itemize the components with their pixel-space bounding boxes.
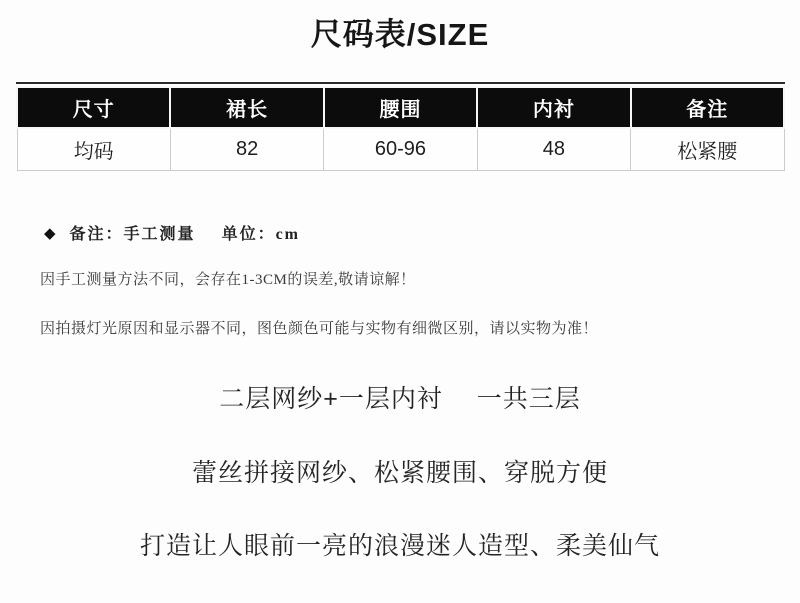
- size-table: 尺寸 裙长 腰围 内衬 备注 均码 82 60-96 48 松紧腰: [16, 86, 785, 171]
- column-header-skirt-length: 裙长: [170, 87, 323, 128]
- size-table-body: 均码 82 60-96 48 松紧腰: [17, 128, 784, 171]
- column-header-size: 尺寸: [17, 87, 170, 128]
- disclaimer-measurement: 因手工测量方法不同，会存在1-3CM的误差,敬请谅解！: [40, 270, 760, 290]
- highlight-layers: 二层网纱+一层内衬 一共三层: [0, 383, 800, 415]
- measure-note-label: 备注：手工测量: [70, 221, 196, 244]
- highlight-fabric: 蕾丝拼接网纱、松紧腰围、穿脱方便: [0, 457, 800, 489]
- diamond-icon: ◆: [44, 224, 56, 242]
- column-header-lining: 内衬: [477, 87, 630, 128]
- measure-unit-label: 单位：cm: [222, 221, 300, 244]
- cell-size-value: 均码: [17, 128, 170, 171]
- column-header-waist: 腰围: [324, 87, 477, 128]
- size-table-header: 尺寸 裙长 腰围 内衬 备注: [17, 87, 784, 128]
- table-row: 均码 82 60-96 48 松紧腰: [17, 128, 784, 171]
- cell-remark: 松紧腰: [631, 128, 784, 171]
- column-header-remark: 备注: [631, 87, 784, 128]
- disclaimer-color: 因拍摄灯光原因和显示器不同，图色颜色可能与实物有细微区别，请以实物为准！: [40, 319, 760, 339]
- header-row: 尺寸 裙长 腰围 内衬 备注: [17, 87, 784, 128]
- measure-note: ◆ 备注：手工测量 单位：cm: [44, 221, 800, 244]
- cell-waist: 60-96: [324, 128, 477, 171]
- size-table-wrapper: 尺寸 裙长 腰围 内衬 备注 均码 82 60-96 48 松紧腰: [16, 82, 785, 171]
- highlight-style: 打造让人眼前一亮的浪漫迷人造型、柔美仙气: [0, 530, 800, 562]
- cell-skirt-length: 82: [170, 128, 323, 171]
- page-title: 尺码表/SIZE: [0, 14, 800, 56]
- cell-lining: 48: [477, 128, 630, 171]
